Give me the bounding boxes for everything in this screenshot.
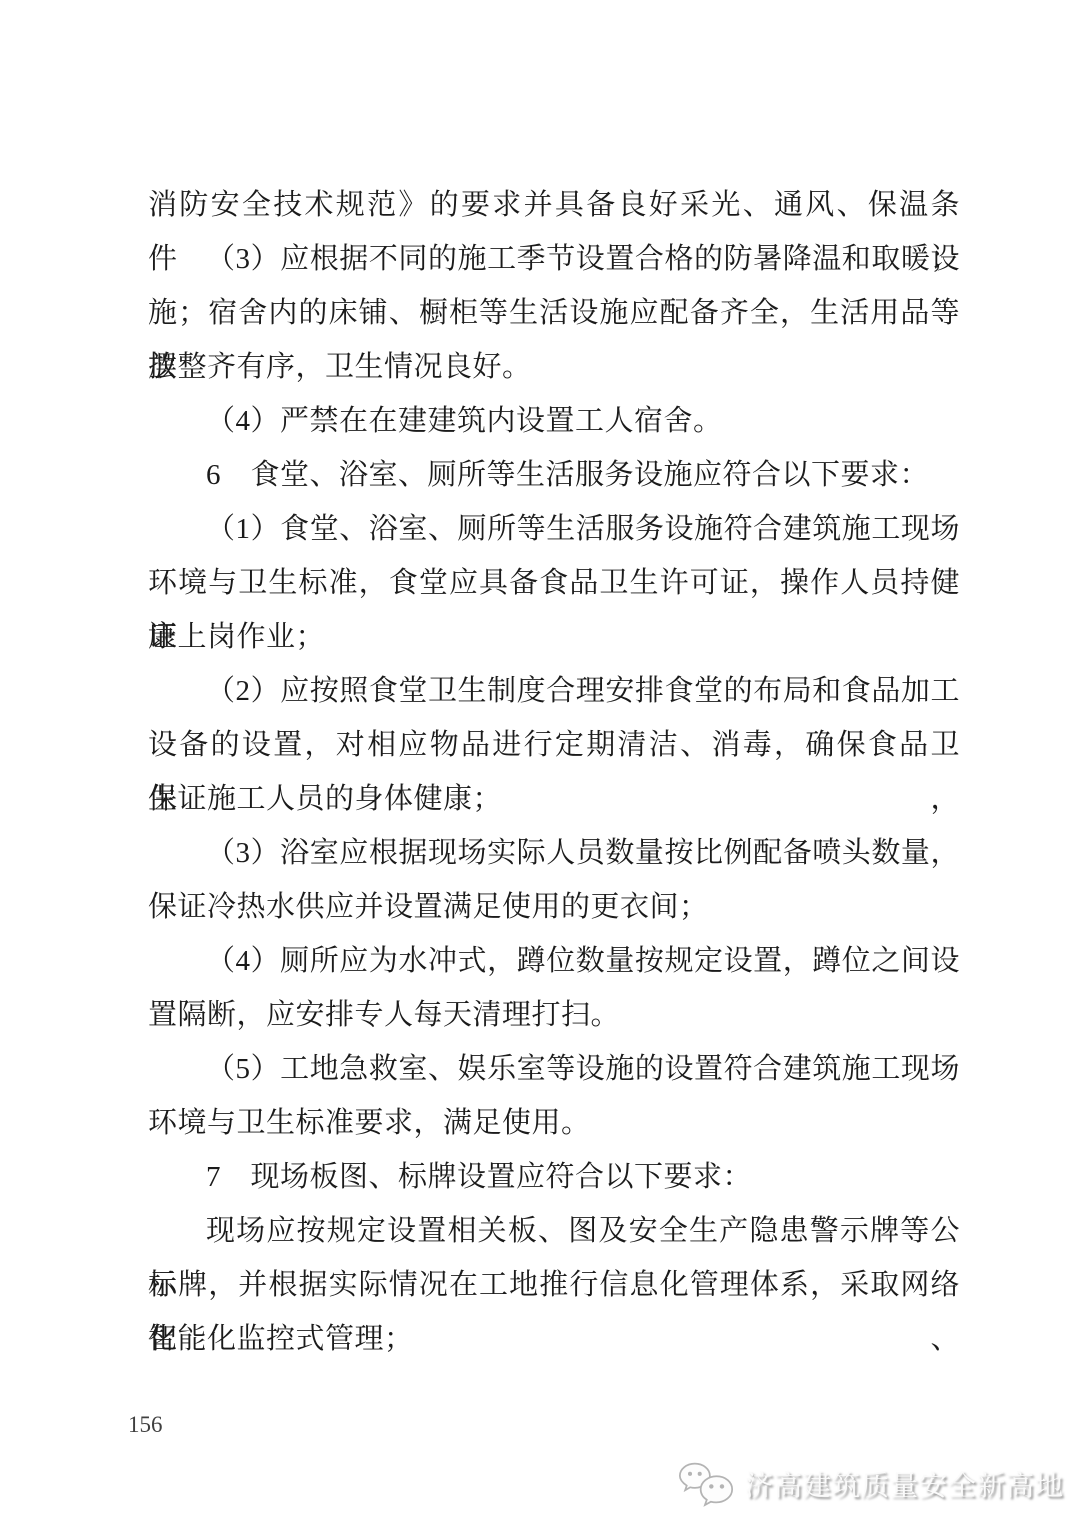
document-body: 消防安全技术规范》的要求并具备良好采光、通风、保温条件； （3）应根据不同的施工… — [148, 178, 960, 1366]
text-line: 施；宿舍内的床铺、橱柜等生活设施应配备齐全，生活用品等摆 — [148, 286, 960, 340]
page-number: 156 — [128, 1412, 163, 1438]
text-line: 消防安全技术规范》的要求并具备良好采光、通风、保温条件； — [148, 178, 960, 232]
text-line: 保证冷热水供应并设置满足使用的更衣间； — [148, 880, 960, 934]
watermark-text: 济高建筑质量安全新高地 — [745, 1464, 1064, 1504]
text-line: （1）食堂、浴室、厕所等生活服务设施符合建筑施工现场 — [148, 502, 960, 556]
wechat-icon — [675, 1458, 737, 1510]
text-line: （2）应按照食堂卫生制度合理安排食堂的布局和食品加工 — [148, 664, 960, 718]
text-line: 证上岗作业； — [148, 610, 960, 664]
text-line: 放整齐有序，卫生情况良好。 — [148, 340, 960, 394]
text-line: 设备的设置，对相应物品进行定期清洁、消毒，确保食品卫生， — [148, 718, 960, 772]
text-line: 环境与卫生标准，食堂应具备食品卫生许可证，操作人员持健康 — [148, 556, 960, 610]
text-line: 6 食堂、浴室、厕所等生活服务设施应符合以下要求： — [148, 448, 960, 502]
document-page: 消防安全技术规范》的要求并具备良好采光、通风、保温条件； （3）应根据不同的施工… — [0, 0, 1080, 1527]
text-line: 环境与卫生标准要求，满足使用。 — [148, 1096, 960, 1150]
text-line: 7 现场板图、标牌设置应符合以下要求： — [148, 1150, 960, 1204]
text-line: 标牌，并根据实际情况在工地推行信息化管理体系，采取网络化、 — [148, 1258, 960, 1312]
text-line: 现场应按规定设置相关板、图及安全生产隐患警示牌等公示 — [148, 1204, 960, 1258]
watermark: 济高建筑质量安全新高地 — [675, 1458, 1064, 1510]
text-line: （4）严禁在在建建筑内设置工人宿舍。 — [148, 394, 960, 448]
text-line: （5）工地急救室、娱乐室等设施的设置符合建筑施工现场 — [148, 1042, 960, 1096]
text-line: （4）厕所应为水冲式，蹲位数量按规定设置，蹲位之间设 — [148, 934, 960, 988]
text-line: （3）浴室应根据现场实际人员数量按比例配备喷头数量， — [148, 826, 960, 880]
text-line: （3）应根据不同的施工季节设置合格的防暑降温和取暖设 — [148, 232, 960, 286]
text-line: 置隔断，应安排专人每天清理打扫。 — [148, 988, 960, 1042]
